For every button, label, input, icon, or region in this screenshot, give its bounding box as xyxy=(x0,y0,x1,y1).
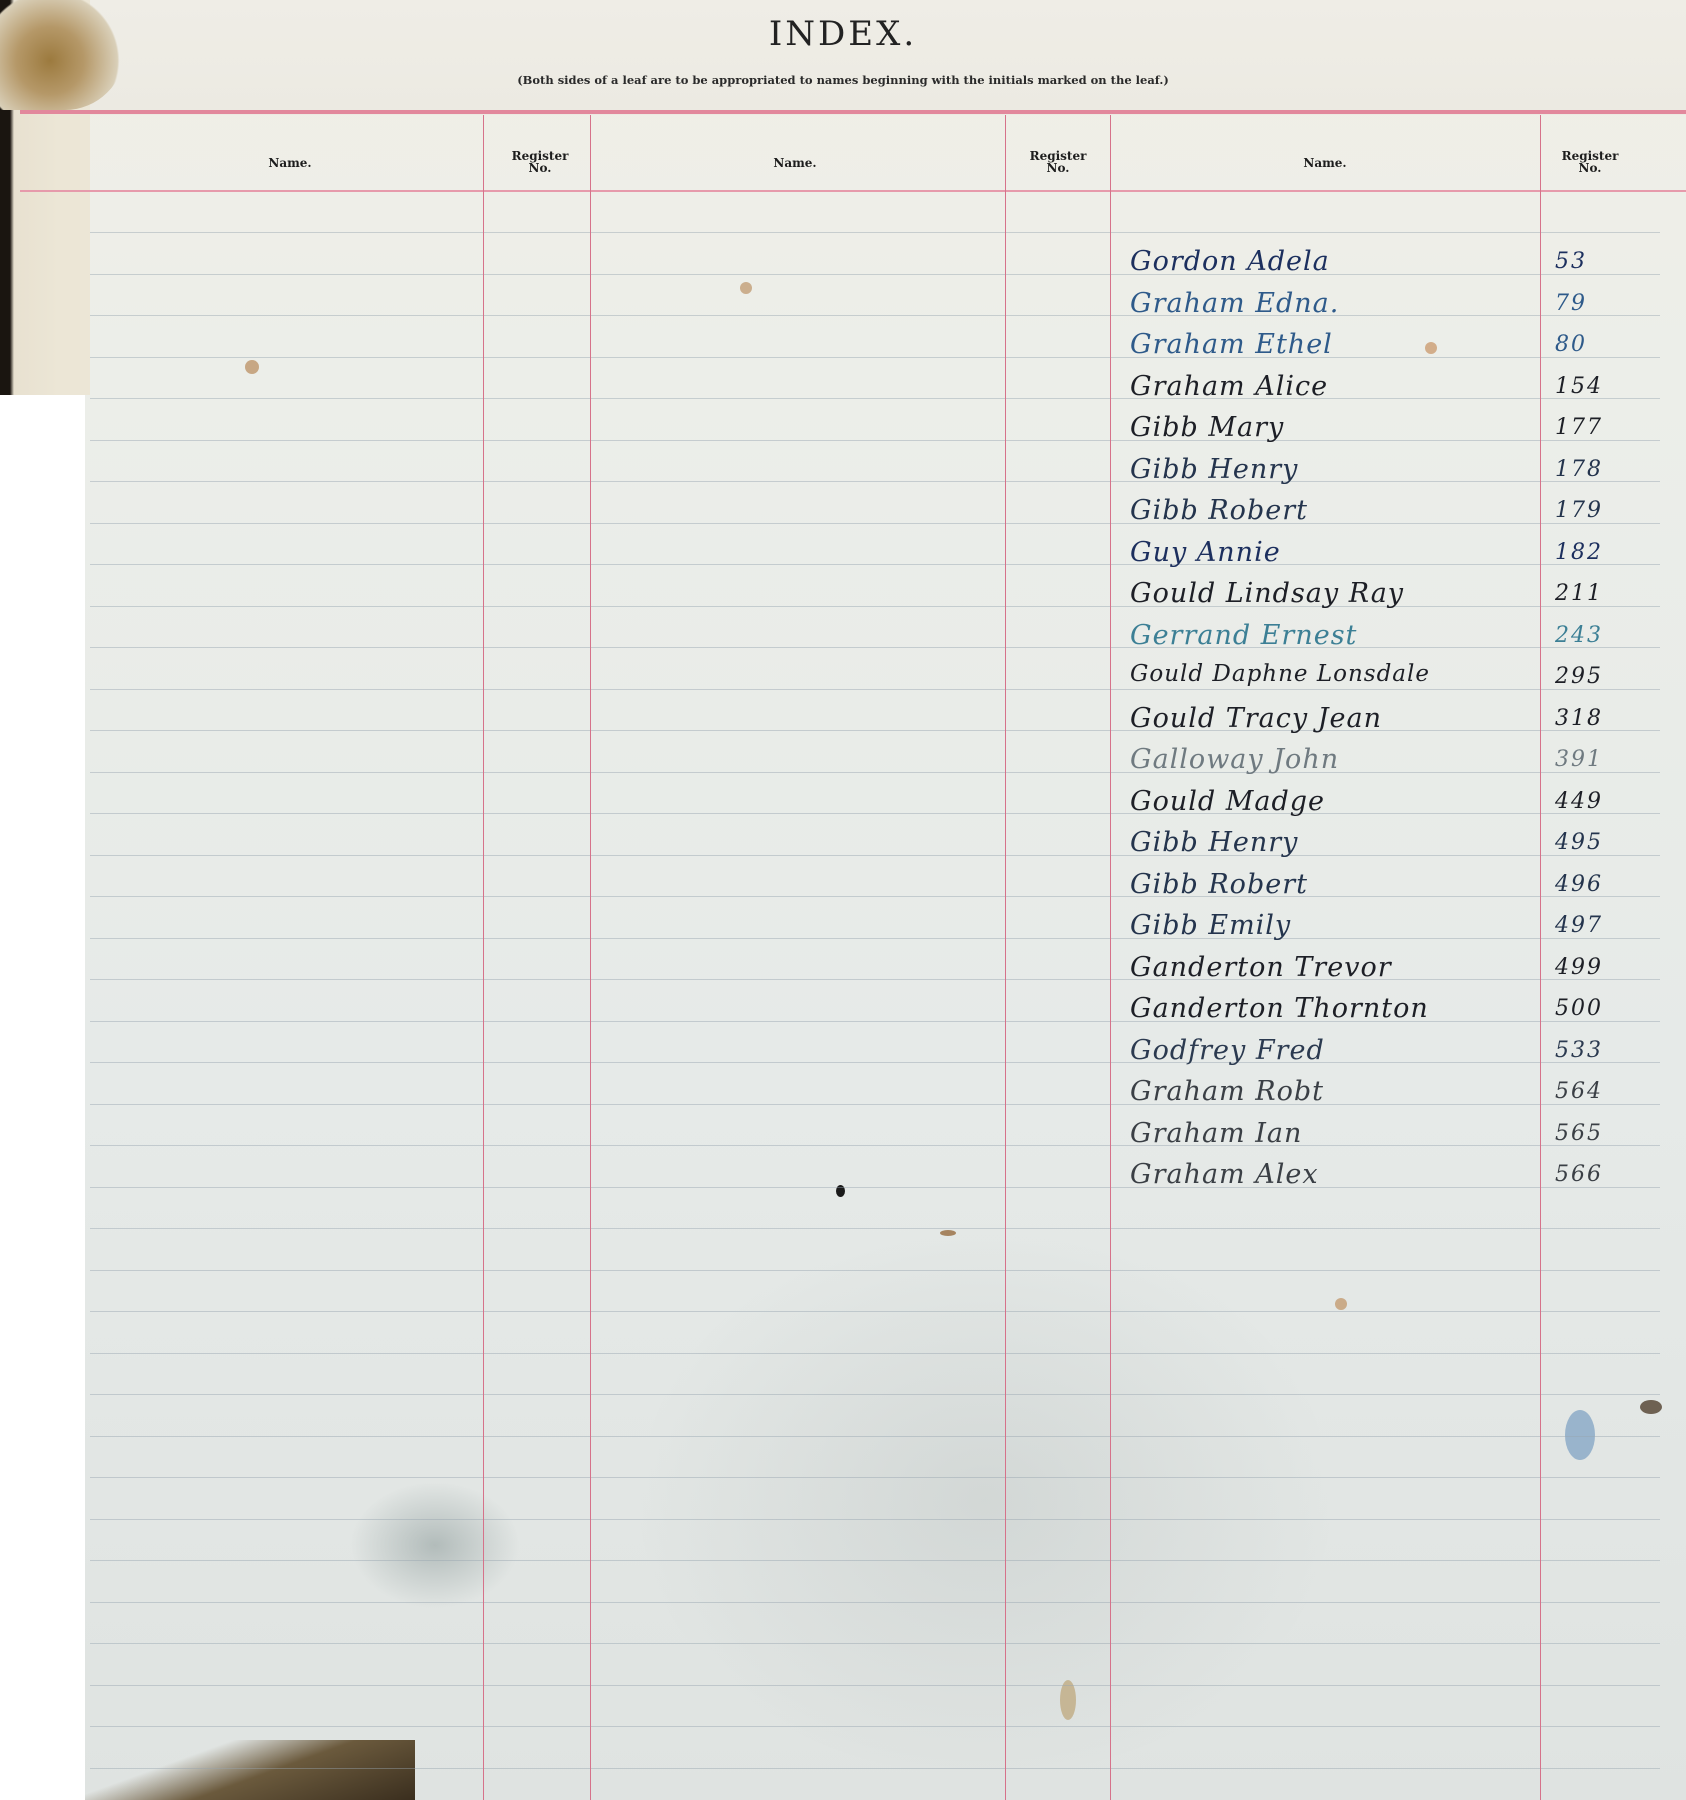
ruled-line xyxy=(90,896,1660,897)
ruled-line xyxy=(90,564,1660,565)
ruled-line xyxy=(90,1394,1660,1395)
entry-register-number: 80 xyxy=(1555,332,1587,357)
column-header-register-2: Register No. xyxy=(1018,150,1098,174)
entry-name: Gibb Henry xyxy=(1130,827,1298,858)
ruled-line xyxy=(90,315,1660,316)
ruled-line xyxy=(90,1270,1660,1271)
entry-name: Gould Madge xyxy=(1130,786,1325,817)
entry-register-number: 179 xyxy=(1555,498,1603,523)
entry-register-number: 295 xyxy=(1555,664,1603,689)
entry-register-number: 496 xyxy=(1555,872,1603,897)
entry-name: Gould Tracy Jean xyxy=(1130,703,1382,734)
entry-name: Graham Alice xyxy=(1130,371,1328,402)
ruled-line xyxy=(90,1145,1660,1146)
entry-name: Graham Robt xyxy=(1130,1076,1324,1107)
curled-bottom-corner xyxy=(85,1740,415,1800)
foxing-stain xyxy=(1335,1298,1347,1310)
column-header-name-3: Name. xyxy=(1275,157,1375,169)
entry-name: Gordon Adela xyxy=(1130,246,1330,277)
ruled-line xyxy=(90,1062,1660,1063)
foxing-stain xyxy=(1640,1400,1662,1414)
entry-name: Galloway John xyxy=(1130,744,1339,775)
column-header-register-1: Register No. xyxy=(500,150,580,174)
column-divider xyxy=(1005,115,1006,1800)
foxing-stain xyxy=(1425,342,1437,354)
entry-name: Guy Annie xyxy=(1130,537,1281,568)
entry-name: Gould Daphne Lonsdale xyxy=(1130,661,1430,687)
entry-name: Gould Lindsay Ray xyxy=(1130,578,1404,609)
ledger-page xyxy=(85,0,1686,1800)
column-divider xyxy=(1540,115,1541,1800)
ruled-line xyxy=(90,481,1660,482)
top-rule xyxy=(20,110,1686,114)
foxing-stain xyxy=(940,1230,956,1236)
ruled-line xyxy=(90,232,1660,233)
ruled-line xyxy=(90,1685,1660,1686)
entry-register-number: 499 xyxy=(1555,955,1603,980)
ruled-line xyxy=(90,606,1660,607)
entry-register-number: 565 xyxy=(1555,1121,1603,1146)
no-label: No. xyxy=(1550,162,1630,174)
blue-smudge xyxy=(1565,1410,1595,1460)
entry-register-number: 449 xyxy=(1555,789,1603,814)
ruled-line xyxy=(90,1643,1660,1644)
ruled-line xyxy=(90,730,1660,731)
column-divider xyxy=(1110,115,1111,1800)
no-label: No. xyxy=(500,162,580,174)
ruled-line xyxy=(90,398,1660,399)
entry-name: Gerrand Ernest xyxy=(1130,620,1357,651)
entry-register-number: 566 xyxy=(1555,1162,1603,1187)
ruled-line xyxy=(90,274,1660,275)
entry-name: Graham Ethel xyxy=(1130,329,1333,360)
entry-register-number: 211 xyxy=(1555,581,1603,606)
column-divider xyxy=(483,115,484,1800)
entry-name: Gibb Robert xyxy=(1130,495,1308,526)
entry-name: Gibb Robert xyxy=(1130,869,1308,900)
entry-name: Ganderton Trevor xyxy=(1130,952,1392,983)
entry-name: Graham Ian xyxy=(1130,1118,1302,1149)
ruled-line xyxy=(90,647,1660,648)
entry-name: Godfrey Fred xyxy=(1130,1035,1325,1066)
entry-register-number: 79 xyxy=(1555,291,1587,316)
ruled-line xyxy=(90,772,1660,773)
entry-register-number: 243 xyxy=(1555,623,1603,648)
ruled-line xyxy=(90,1602,1660,1603)
ruled-line xyxy=(90,1726,1660,1727)
ruled-line xyxy=(90,440,1660,441)
foxing-stain xyxy=(1060,1680,1076,1720)
ruled-line xyxy=(90,689,1660,690)
ruled-line xyxy=(90,1519,1660,1520)
ruled-line xyxy=(90,357,1660,358)
entry-register-number: 564 xyxy=(1555,1079,1603,1104)
entry-register-number: 177 xyxy=(1555,415,1603,440)
ruled-line xyxy=(90,855,1660,856)
ruled-line xyxy=(90,1311,1660,1312)
index-instruction: (Both sides of a leaf are to be appropri… xyxy=(0,73,1686,87)
entry-register-number: 495 xyxy=(1555,830,1603,855)
entry-register-number: 391 xyxy=(1555,747,1603,772)
header-bottom-rule xyxy=(20,190,1686,192)
ruled-line xyxy=(90,523,1660,524)
entry-register-number: 497 xyxy=(1555,913,1603,938)
ruled-line xyxy=(90,1353,1660,1354)
ruled-line xyxy=(90,938,1660,939)
column-header-register-3: Register No. xyxy=(1550,150,1630,174)
entry-register-number: 318 xyxy=(1555,706,1603,731)
entry-name: Gibb Emily xyxy=(1130,910,1291,941)
foxing-stain xyxy=(245,360,259,374)
ruled-line xyxy=(90,1768,1660,1769)
column-header-name-2: Name. xyxy=(745,157,845,169)
ruled-line xyxy=(90,979,1660,980)
page-title: INDEX. xyxy=(0,14,1686,54)
entry-name: Graham Alex xyxy=(1130,1159,1319,1190)
entry-register-number: 53 xyxy=(1555,249,1587,274)
ruled-line xyxy=(90,1228,1660,1229)
entry-register-number: 154 xyxy=(1555,374,1603,399)
ruled-line xyxy=(90,1477,1660,1478)
entry-name: Gibb Mary xyxy=(1130,412,1284,443)
entry-register-number: 533 xyxy=(1555,1038,1603,1063)
column-divider xyxy=(590,115,591,1800)
ruled-line xyxy=(90,1104,1660,1105)
ruled-line xyxy=(90,1560,1660,1561)
entry-register-number: 182 xyxy=(1555,540,1603,565)
entry-register-number: 178 xyxy=(1555,457,1603,482)
ruled-line xyxy=(90,1187,1660,1188)
entry-name: Gibb Henry xyxy=(1130,454,1298,485)
ruled-line xyxy=(90,813,1660,814)
no-label: No. xyxy=(1018,162,1098,174)
ruled-line xyxy=(90,1436,1660,1437)
foxing-stain xyxy=(740,282,752,294)
column-header-name-1: Name. xyxy=(240,157,340,169)
entry-name: Graham Edna. xyxy=(1130,288,1339,319)
entry-name: Ganderton Thornton xyxy=(1130,993,1429,1024)
entry-register-number: 500 xyxy=(1555,996,1603,1021)
